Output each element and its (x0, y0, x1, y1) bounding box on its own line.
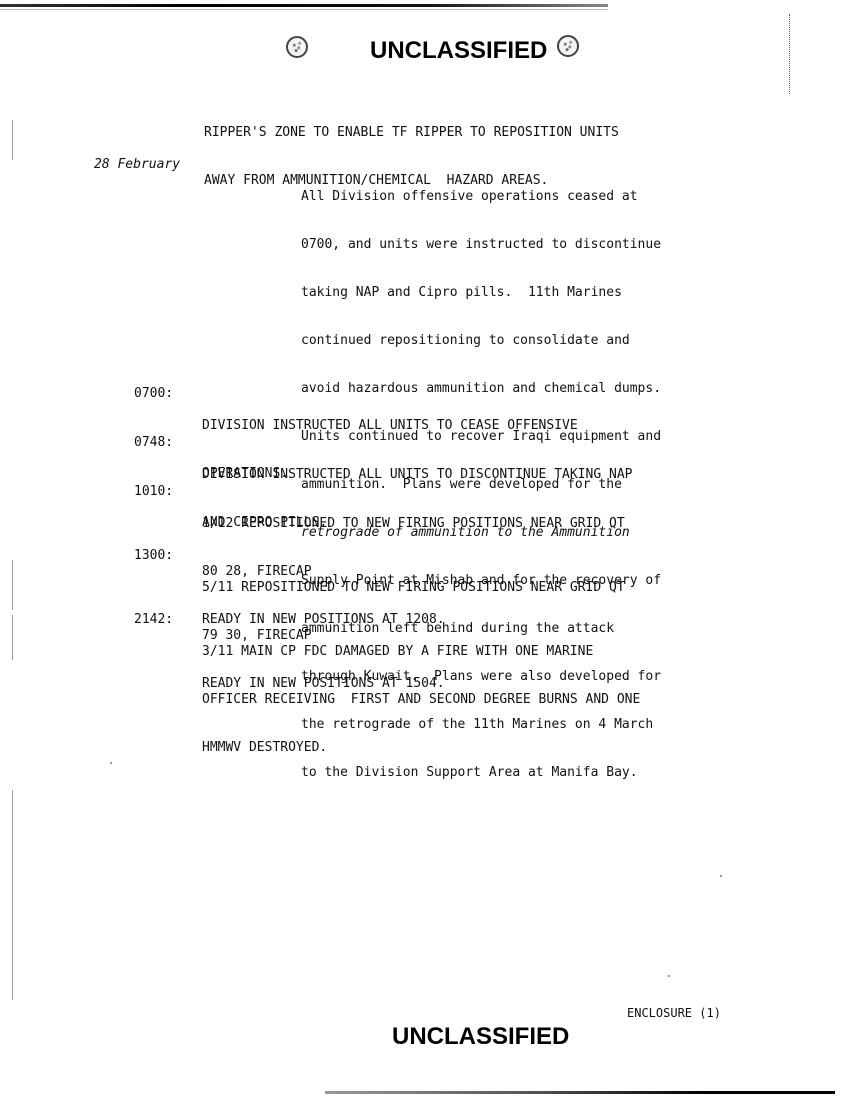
scan-speck (720, 875, 722, 877)
enclosure-label: ENCLOSURE (1) (627, 1006, 721, 1020)
entry-time: 2142: (134, 612, 173, 628)
summary-line: taking NAP and Cipro pills. 11th Marines (301, 285, 661, 301)
margin-mark (12, 560, 13, 610)
margin-mark (12, 120, 13, 160)
summary-line: All Division offensive operations ceased… (301, 189, 661, 205)
classification-footer: UNCLASSIFIED (392, 1023, 569, 1051)
seal-icon (286, 36, 308, 58)
entry-text: 3/11 MAIN CP FDC DAMAGED BY A FIRE WITH … (202, 612, 640, 772)
scan-speck (110, 762, 112, 764)
classification-header: UNCLASSIFIED (370, 37, 547, 65)
intro-line: RIPPER'S ZONE TO ENABLE TF RIPPER TO REP… (204, 125, 619, 141)
entry-time: 0748: (134, 435, 173, 451)
entry-time: 1010: (134, 484, 173, 500)
entry-line: OFFICER RECEIVING FIRST AND SECOND DEGRE… (202, 692, 640, 708)
margin-mark (12, 790, 13, 1000)
bottom-rule (325, 1091, 835, 1094)
entry-time: 0700: (134, 386, 173, 402)
scan-margin-marks (789, 14, 792, 94)
entry-line: DIVISION INSTRUCTED ALL UNITS TO CEASE O… (202, 418, 578, 434)
entry-line: HMMWV DESTROYED. (202, 740, 640, 756)
top-rule-thin (0, 9, 608, 10)
margin-mark (12, 615, 13, 660)
seal-icon (557, 35, 579, 57)
entry-line: 3/11 MAIN CP FDC DAMAGED BY A FIRE WITH … (202, 644, 640, 660)
summary-line: 0700, and units were instructed to disco… (301, 237, 661, 253)
date-label: 28 February (94, 157, 180, 173)
summary-line: continued repositioning to consolidate a… (301, 333, 661, 349)
top-rule (0, 4, 608, 7)
entry-line: 5/11 REPOSITIONED TO NEW FIRING POSITION… (202, 580, 625, 596)
entry-time: 1300: (134, 548, 173, 564)
entry-line: DIVISION INSTRUCTED ALL UNITS TO DISCONT… (202, 467, 632, 483)
scan-speck (668, 975, 670, 977)
entry-line: 1/12 REPOSITIONED TO NEW FIRING POSITION… (202, 516, 625, 532)
